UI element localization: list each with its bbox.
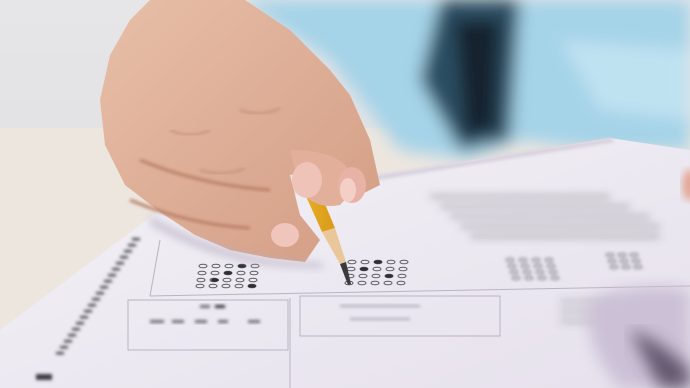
photo-illustration <box>0 0 690 388</box>
photo-answer-sheet: Hand holding a yellow pencil filling in … <box>0 0 690 388</box>
